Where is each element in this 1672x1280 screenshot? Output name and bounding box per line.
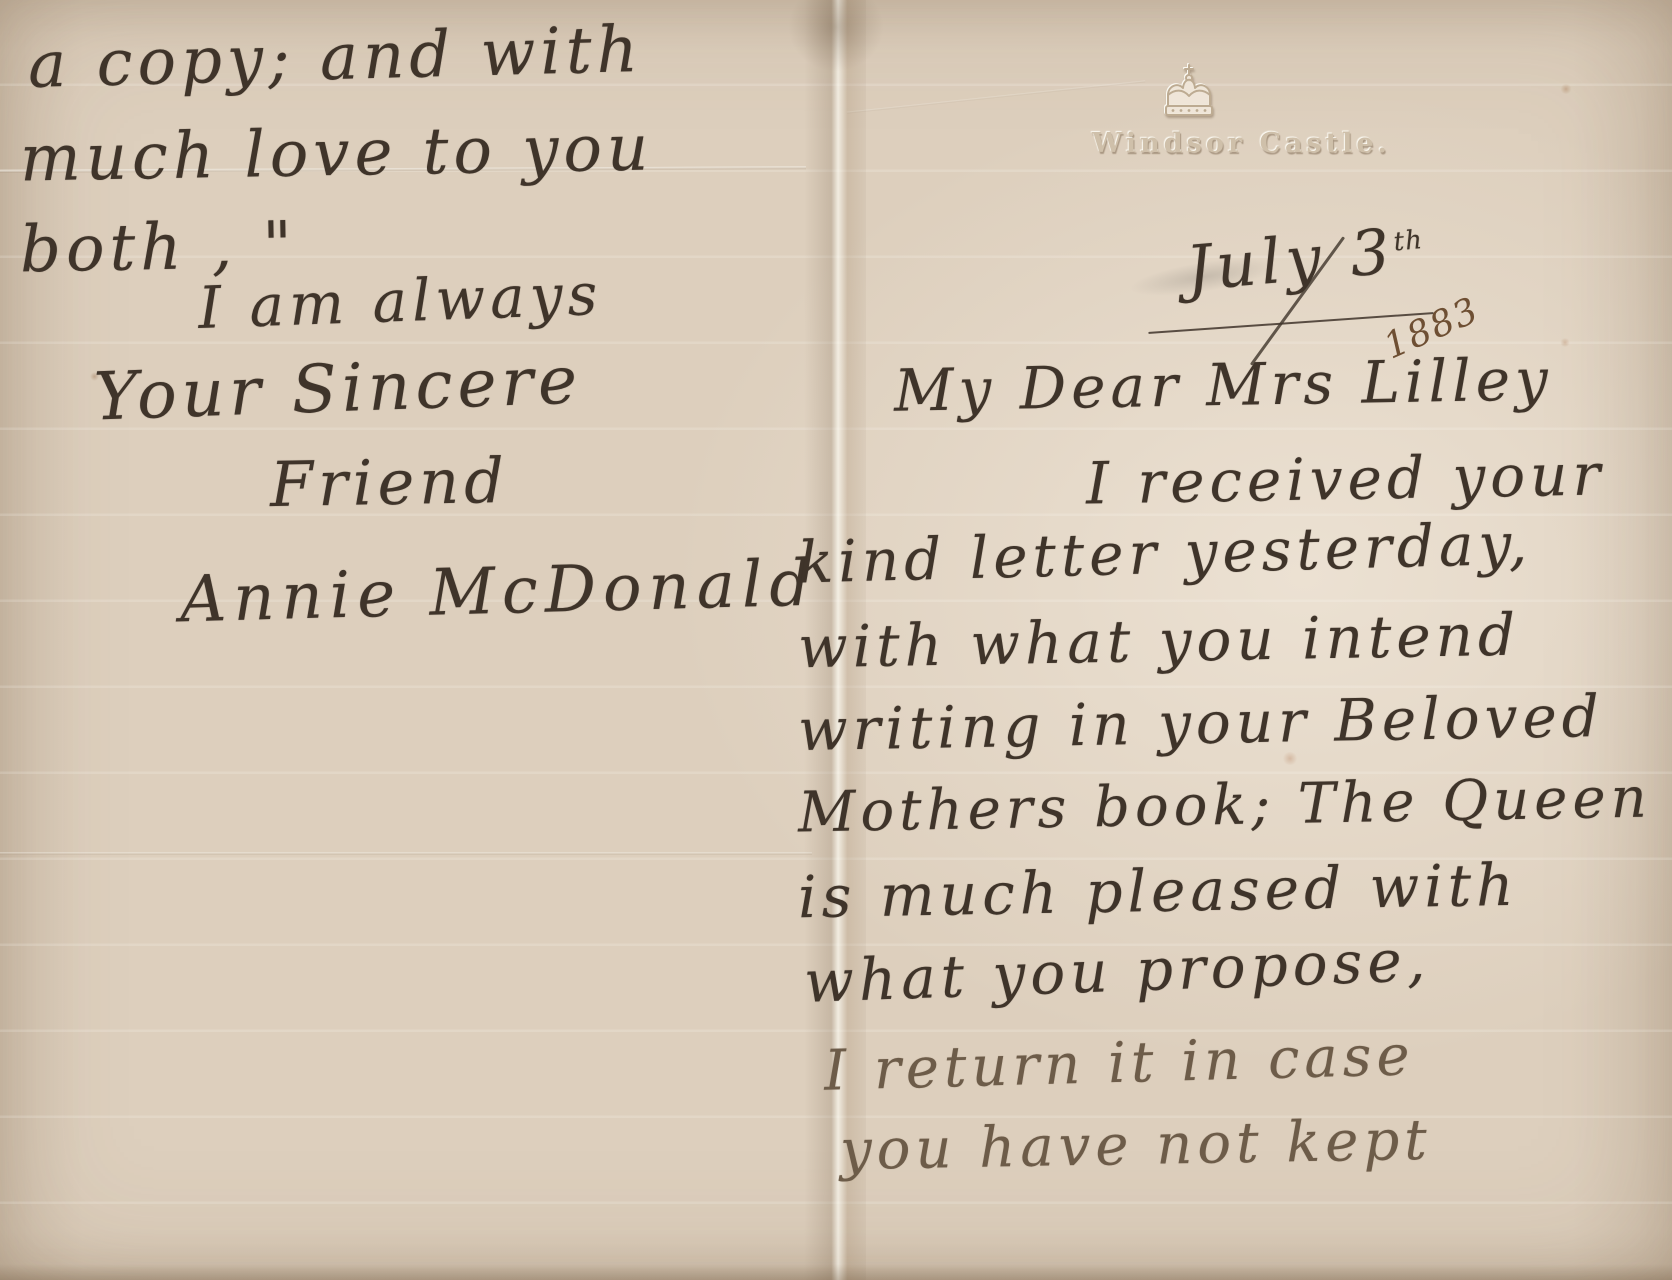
- fold-crease: [847, 80, 1146, 113]
- salutation: My Dear Mrs Lilley: [894, 350, 1554, 419]
- handwriting-line: what you propose,: [803, 931, 1431, 1011]
- handwriting-line: kind letter yesterday,: [797, 514, 1532, 591]
- handwriting-line: I am always: [197, 265, 603, 337]
- date-ordinal-suffix: th: [1392, 225, 1424, 257]
- signature: Annie McDonald: [179, 552, 818, 633]
- handwriting-line: with what you intend: [798, 606, 1521, 677]
- center-fold-shadow: [788, 0, 884, 72]
- handwriting-line: writing in your Beloved: [798, 687, 1605, 759]
- letter-scan: a copy; and with much love to you both ,…: [0, 0, 1672, 1280]
- crown-icon: [1156, 62, 1222, 126]
- handwriting-line: Your Sincere: [93, 348, 583, 431]
- handwriting-line: a copy; and with: [27, 18, 643, 98]
- page-bottom-edge-shadow: [0, 1264, 1672, 1280]
- handwriting-line: I received your: [1086, 445, 1606, 512]
- date-text: July 3: [1183, 214, 1397, 305]
- fold-crease: [0, 852, 812, 855]
- handwriting-line: I return it in case: [823, 1028, 1415, 1099]
- foxing-stain: [1560, 84, 1572, 94]
- handwriting-line: you have not kept: [840, 1113, 1433, 1179]
- handwriting-line: Mothers book; The Queen: [798, 771, 1652, 842]
- handwriting-line: much love to you: [19, 116, 653, 191]
- handwriting-line: Friend: [269, 450, 509, 516]
- letterhead-text: Windsor Castle.: [1092, 128, 1391, 159]
- handwriting-line: is much pleased with: [798, 856, 1519, 927]
- foxing-stain: [1560, 338, 1570, 347]
